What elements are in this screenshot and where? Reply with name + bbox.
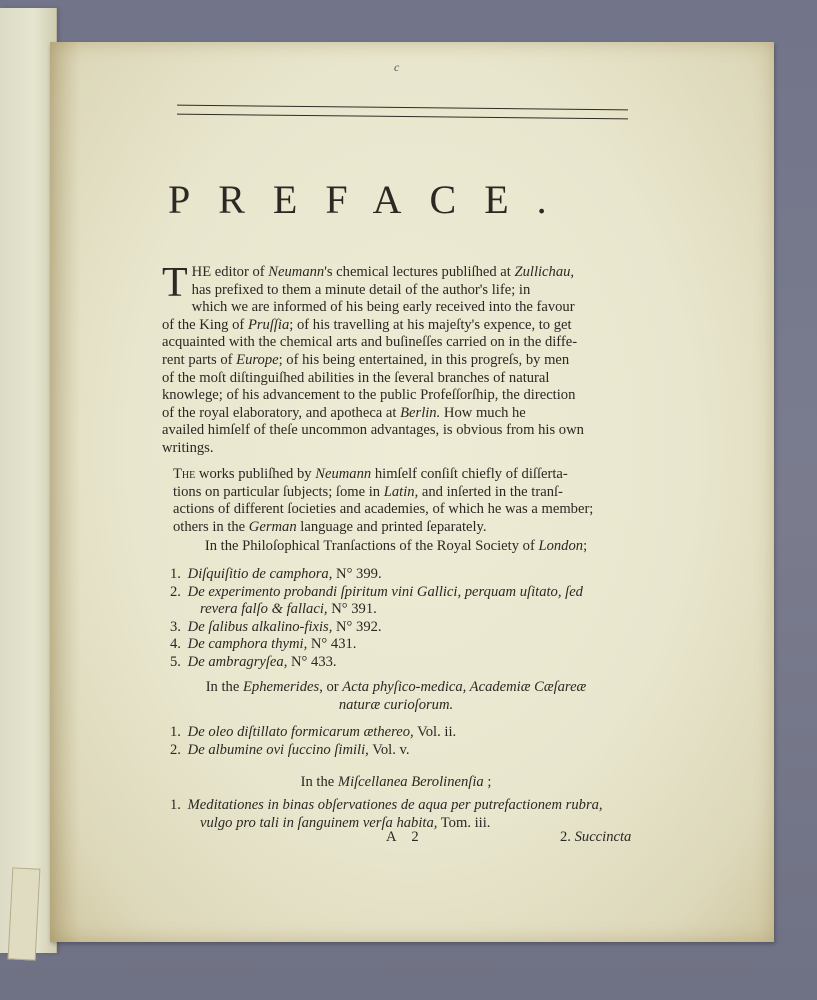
text-run: In the Philoſophical Tranſactions of the… — [205, 538, 539, 554]
text-run: , and inſerted in the tranſ- — [415, 484, 563, 500]
text-run: of the moſt diſtinguiſhed abilities in t… — [162, 370, 549, 386]
text-run: Zullichau, — [514, 264, 574, 280]
text-line: HE editor of Neumann's chemical lectures… — [162, 264, 630, 282]
item-number: 2. — [170, 584, 184, 602]
text-line: knowlege; of his advancement to the publ… — [162, 387, 630, 405]
text-run: Latin — [384, 484, 415, 500]
text-run: Neumann — [268, 264, 324, 280]
text-line: has prefixed to them a minute detail of … — [162, 282, 630, 300]
item-number: 2. — [170, 742, 184, 760]
text-run: ; of his travelling at his majeſty's exp… — [289, 317, 571, 333]
text-run: ; — [583, 538, 587, 554]
item-reference: Tom. iii. — [437, 815, 490, 831]
item-reference: N° 431. — [307, 636, 356, 652]
text-run: which we are informed of his being early… — [192, 299, 575, 315]
page-title: PREFACE. — [168, 176, 628, 223]
text-run: Berlin. — [400, 405, 440, 421]
text-run: ; of his being entertained, in this prog… — [279, 352, 570, 368]
catchword: 2. Succincta — [560, 829, 631, 846]
item-title: De albumine ovi ſuccino ſimili, — [184, 742, 369, 758]
text-run: Pruſſia — [248, 317, 289, 333]
list-item: 4. De camphora thymi, N° 431. — [170, 636, 632, 654]
list-item: 1. Diſquiſitio de camphora, N° 399. — [170, 566, 632, 584]
item-number: 4. — [170, 636, 184, 654]
list-miscellanea: 1. Meditationes in binas obſervationes d… — [170, 797, 632, 832]
section-heading-philosophical-transactions: In the Philoſophical Tranſactions of the… — [162, 538, 630, 556]
text-run: works publiſhed by — [195, 466, 315, 482]
text-run: acquainted with the chemical arts and bu… — [162, 334, 577, 350]
paragraph-2-lines: The works publiſhed by Neumann himſelf c… — [162, 466, 630, 536]
text-run: ; — [484, 774, 492, 790]
page-content: c PREFACE. T HE editor of Neumann's chem… — [0, 0, 817, 1000]
text-run: actions of different ſocieties and acade… — [173, 501, 593, 517]
list-philosophical-transactions: 1. Diſquiſitio de camphora, N° 399.2. De… — [170, 566, 632, 672]
catchword-number: 2. — [560, 829, 571, 845]
item-reference: Vol. ii. — [414, 724, 456, 740]
item-title: De oleo diſtillato formicarum æthereo, — [184, 724, 414, 740]
item-reference: N° 392. — [332, 619, 381, 635]
section-heading-ephemerides: In the Ephemerides, or Acta phyſico-medi… — [162, 679, 630, 714]
text-line: actions of different ſocieties and acade… — [162, 501, 630, 519]
paragraph-1: T HE editor of Neumann's chemical lectur… — [162, 264, 630, 458]
text-line: writings. — [162, 440, 630, 458]
text-line: of the King of Pruſſia; of his travellin… — [162, 317, 630, 335]
text-run: How much he — [440, 405, 526, 421]
text-line: availed himſelf of theſe uncommon advant… — [162, 422, 630, 440]
text-run: availed himſelf of theſe uncommon advant… — [162, 422, 584, 438]
item-number: 1. — [170, 797, 184, 815]
text-run: rent parts of — [162, 352, 236, 368]
item-reference: Vol. v. — [369, 742, 410, 758]
paragraph-1-lines: HE editor of Neumann's chemical lectures… — [162, 264, 630, 458]
item-reference: N° 391. — [328, 601, 377, 617]
text-run: HE editor of — [192, 264, 269, 280]
item-number: 3. — [170, 619, 184, 637]
text-line: of the moſt diſtinguiſhed abilities in t… — [162, 370, 630, 388]
signature-mark: c — [394, 60, 399, 75]
text-line: The works publiſhed by Neumann himſelf c… — [162, 466, 630, 484]
list-item: 5. De ambragryſea, N° 433. — [170, 654, 632, 672]
text-run: Neumann — [315, 466, 371, 482]
text-run: London — [538, 538, 583, 554]
item-title-continued: revera falſo & fallaci, N° 391. — [170, 601, 632, 619]
lead-word: The — [173, 466, 195, 482]
list-item: 1. De oleo diſtillato formicarum æthereo… — [170, 724, 632, 742]
text-run: knowlege; of his advancement to the publ… — [162, 387, 575, 403]
drop-cap: T — [162, 266, 188, 300]
item-title: De ambragryſea, — [184, 654, 287, 670]
item-title: Meditationes in binas obſervationes de a… — [184, 797, 603, 813]
text-run: German — [249, 519, 297, 535]
text-run: of the King of — [162, 317, 248, 333]
signature-footer: A 2 — [386, 829, 425, 846]
text-run: 's chemical lectures publiſhed at — [324, 264, 514, 280]
text-run: In the — [301, 774, 338, 790]
text-run: of the royal elaboratory, and apotheca a… — [162, 405, 400, 421]
item-number: 1. — [170, 566, 184, 584]
text-run: Ephemerides — [243, 679, 319, 695]
text-line: which we are informed of his being early… — [162, 299, 630, 317]
item-number: 5. — [170, 654, 184, 672]
list-item: 2. De experimento probandi ſpiritum vini… — [170, 584, 632, 619]
text-line: tions on particular ſubjects; ſome in La… — [162, 484, 630, 502]
text-run: writings. — [162, 440, 213, 456]
text-run: has prefixed to them a minute detail of … — [192, 282, 531, 298]
text-line: of the royal elaboratory, and apotheca a… — [162, 405, 630, 423]
list-item: 1. Meditationes in binas obſervationes d… — [170, 797, 632, 832]
list-item: 3. De ſalibus alkalino-fixis, N° 392. — [170, 619, 632, 637]
text-line: acquainted with the chemical arts and bu… — [162, 334, 630, 352]
item-reference: N° 433. — [287, 654, 336, 670]
text-run: , or — [319, 679, 342, 695]
list-ephemerides: 1. De oleo diſtillato formicarum æthereo… — [170, 724, 632, 759]
text-run: naturæ curioſorum. — [339, 697, 453, 713]
section-heading-miscellanea: In the Miſcellanea Berolinenſia ; — [162, 774, 630, 792]
text-run: Miſcellanea Berolinenſia — [338, 774, 484, 790]
heading-line-1: In the Ephemerides, or Acta phyſico-medi… — [162, 679, 630, 697]
text-run: others in the — [173, 519, 249, 535]
list-item: 2. De albumine ovi ſuccino ſimili, Vol. … — [170, 742, 632, 760]
text-run: In the — [206, 679, 243, 695]
item-reference: N° 399. — [332, 566, 381, 582]
text-run: Europe — [236, 352, 278, 368]
text-run: tions on particular ſubjects; ſome in — [173, 484, 384, 500]
double-rule-divider — [177, 105, 628, 120]
text-run: himſelf conſiſt chiefly of diſſerta- — [371, 466, 568, 482]
text-run: language and printed ſeparately. — [297, 519, 487, 535]
item-title: De experimento probandi ſpiritum vini Ga… — [184, 584, 583, 600]
heading-line-2: naturæ curioſorum. — [162, 697, 630, 715]
item-number: 1. — [170, 724, 184, 742]
text-run: Acta phyſico-medica, Academiæ Cæſareæ — [342, 679, 586, 695]
item-title: Diſquiſitio de camphora, — [184, 566, 332, 582]
catchword-text: Succincta — [575, 829, 632, 845]
paragraph-2: The works publiſhed by Neumann himſelf c… — [162, 466, 630, 536]
text-line: rent parts of Europe; of his being enter… — [162, 352, 630, 370]
text-line: others in the German language and printe… — [162, 519, 630, 537]
item-title: De ſalibus alkalino-fixis, — [184, 619, 332, 635]
item-title: De camphora thymi, — [184, 636, 307, 652]
